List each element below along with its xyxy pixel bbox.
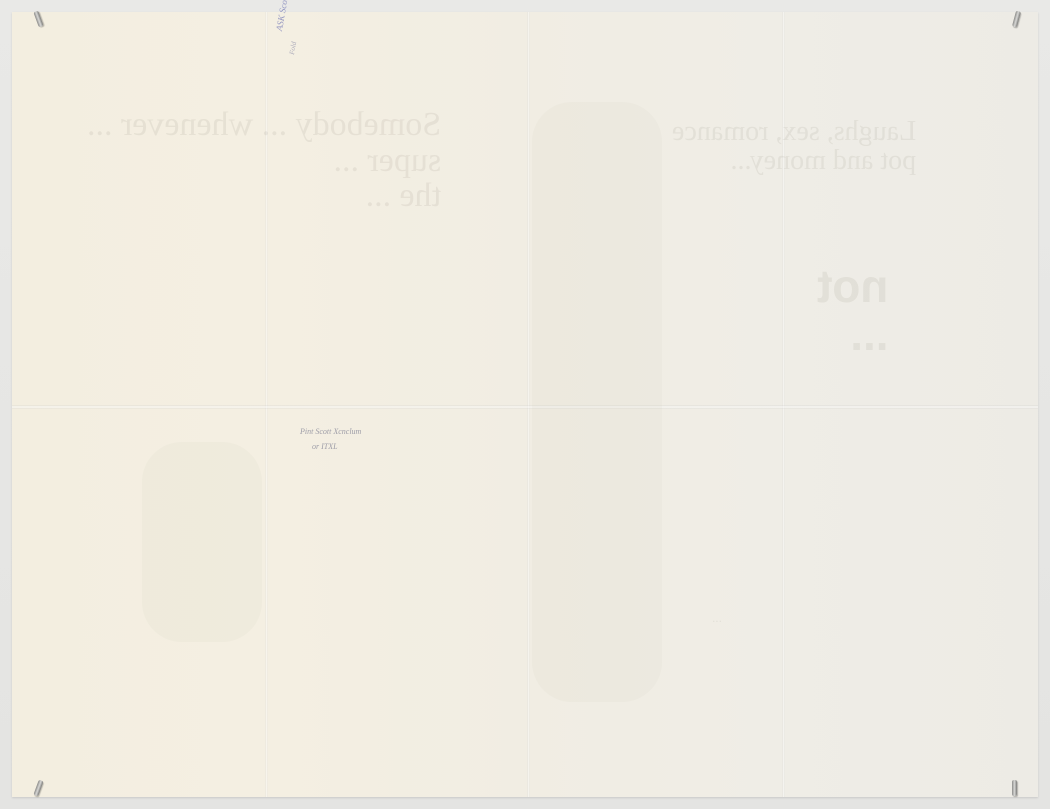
pencil-note-middle-2: or ITXL xyxy=(312,442,338,451)
show-through-title: not ... xyxy=(817,262,889,359)
show-through-credits: ... xyxy=(712,612,722,625)
pencil-note-top: ASK Scott xyxy=(274,0,290,32)
pencil-note-middle-1: Pint Scott Xcnclum xyxy=(300,427,361,436)
photo-scene: Somebody ... whenever ... super ... the … xyxy=(0,0,1050,809)
show-through-left-text: Somebody ... whenever ... super ... the … xyxy=(87,107,441,214)
show-through-figure-center xyxy=(532,102,662,702)
horizontal-fold xyxy=(12,405,1038,409)
pencil-note-top-2: Fold xyxy=(288,41,298,55)
show-through-tagline: Laughs, sex, romance pot and money... xyxy=(672,117,916,176)
show-through-figure-left xyxy=(142,442,262,642)
folded-poster-back: Somebody ... whenever ... super ... the … xyxy=(12,12,1038,797)
pin-bottom-right-icon xyxy=(1012,780,1017,796)
